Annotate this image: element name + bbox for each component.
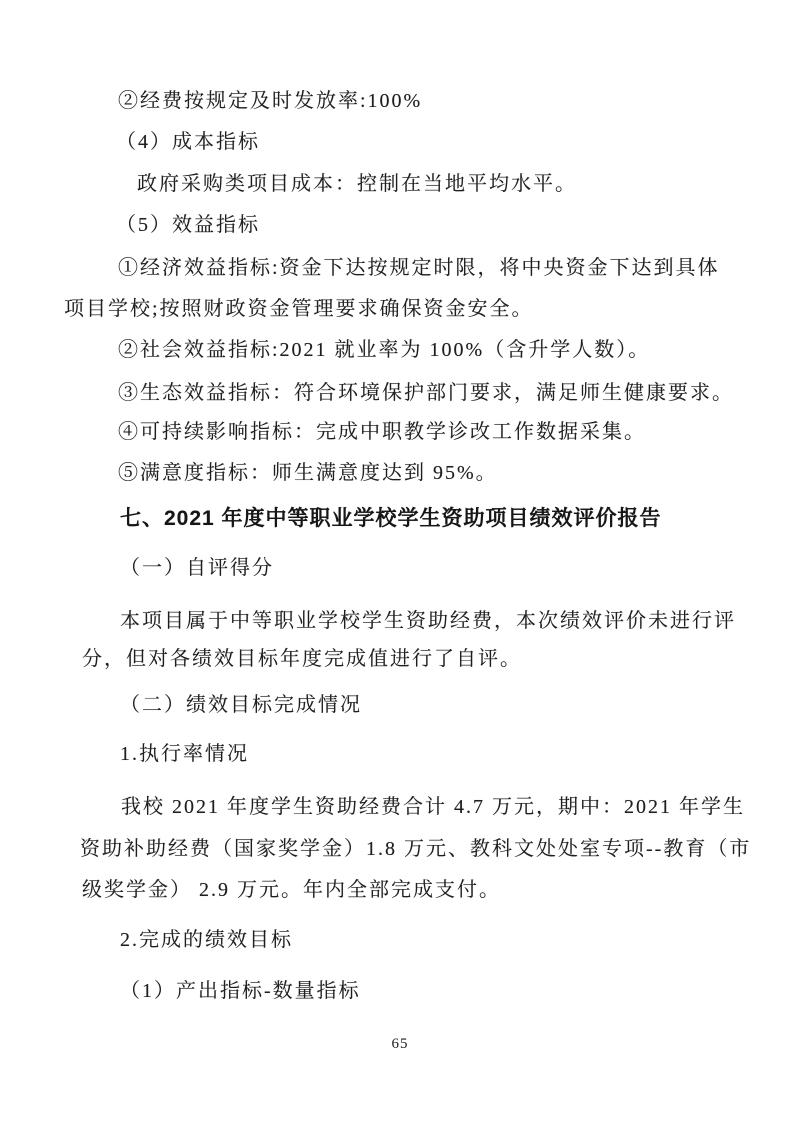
subheading-target-completion: （二）绩效目标完成情况 [120,694,362,717]
para-execution-line-1: 我校 2021 年度学生资助经费合计 4.7 万元，期中：2021 年学生 [121,796,745,819]
line-sustainability: ④可持续影响指标：完成中职教学诊改工作数据采集。 [118,421,646,444]
para-self-score-line-1: 本项目属于中等职业学校学生资助经费，本次绩效评价未进行评 [120,610,736,633]
document-page: ②经费按规定及时发放率:100% （4）成本指标 政府采购类项目成本：控制在当地… [0,0,800,1131]
line-economic-benefit-1: ①经济效益指标:资金下达按规定时限，将中央资金下达到具体 [118,257,720,280]
subheading-benefit-indicator: （5）效益指标 [116,214,260,237]
subheading-output-quantity: （1）产出指标-数量指标 [120,980,361,1003]
para-execution-line-2: 资助补助经费（国家奖学金）1.8 万元、教科文处处室专项--教育（市 [80,838,751,861]
line-gov-procurement-cost: 政府采购类项目成本：控制在当地平均水平。 [137,173,577,196]
line-economic-benefit-2: 项目学校;按照财政资金管理要求确保资金安全。 [64,298,534,321]
subheading-cost-indicator: （4）成本指标 [116,131,260,154]
subheading-execution-rate: 1.执行率情况 [120,743,249,766]
line-social-benefit: ②社会效益指标:2021 就业率为 100%（含升学人数）。 [118,339,650,362]
subheading-completed-targets: 2.完成的绩效目标 [120,929,293,952]
para-self-score-line-2: 分，但对各绩效目标年度完成值进行了自评。 [82,648,522,671]
line-funding-release-rate: ②经费按规定及时发放率:100% [118,90,422,113]
page-number: 65 [0,1036,800,1053]
subheading-self-score: （一）自评得分 [120,557,274,580]
section-heading-report: 七、2021 年度中等职业学校学生资助项目绩效评价报告 [120,507,662,531]
para-execution-line-3: 级奖学金） 2.9 万元。年内全部完成支付。 [82,879,501,902]
line-eco-benefit: ③生态效益指标：符合环境保护部门要求，满足师生健康要求。 [118,382,734,405]
line-satisfaction: ⑤满意度指标：师生满意度达到 95%。 [118,462,498,485]
